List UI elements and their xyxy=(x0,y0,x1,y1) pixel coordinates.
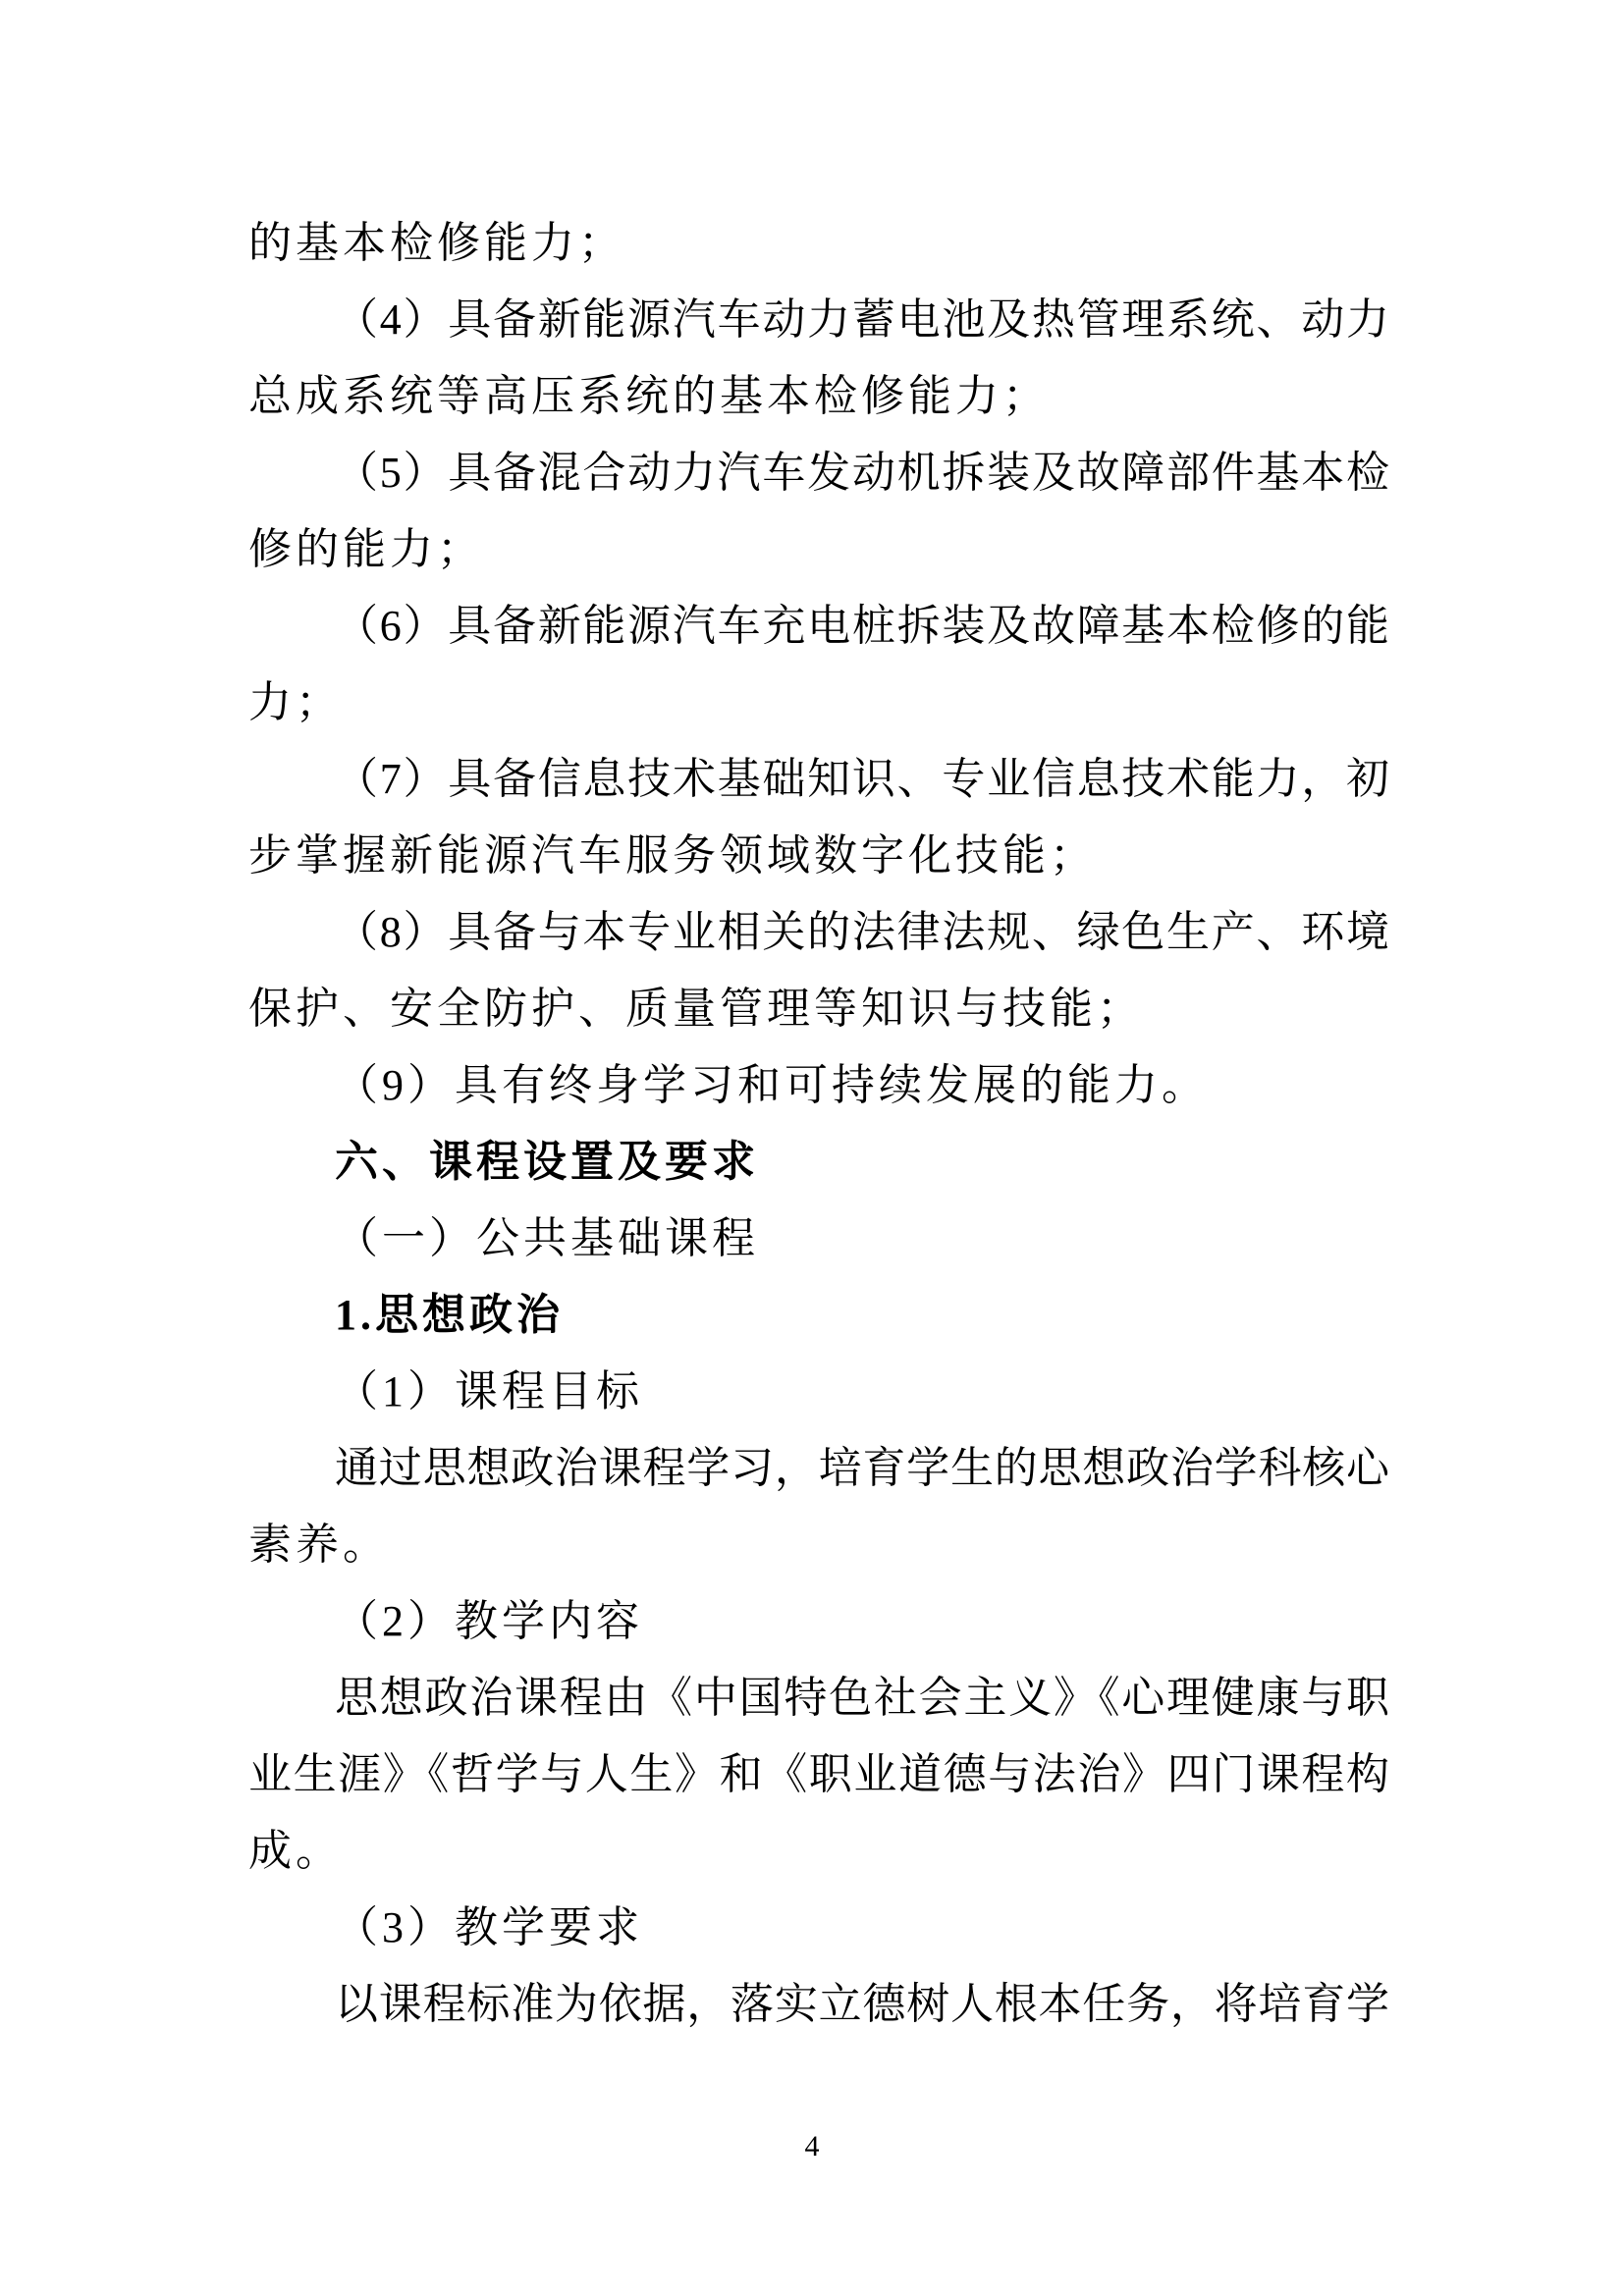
text-line: （7）具备信息技术基础知识、专业信息技术能力，初 xyxy=(248,741,1389,818)
text-line: （4）具备新能源汽车动力蓄电池及热管理系统、动力 xyxy=(248,282,1389,358)
text-line: （1）课程目标 xyxy=(248,1354,1389,1430)
page-number: 4 xyxy=(0,2117,1624,2176)
text-line: 修的能力； xyxy=(248,511,1389,588)
text-line: 思想政治课程由《中国特色社会主义》《心理健康与职 xyxy=(248,1660,1389,1736)
text-line: 通过思想政治课程学习，培育学生的思想政治学科核心 xyxy=(248,1430,1389,1507)
subsection-heading: （一）公共基础课程 xyxy=(248,1201,1389,1277)
text-line: （9）具有终身学习和可持续发展的能力。 xyxy=(248,1047,1389,1124)
text-line: （2）教学内容 xyxy=(248,1583,1389,1660)
text-line: （5）具备混合动力汽车发动机拆装及故障部件基本检 xyxy=(248,435,1389,511)
text-line: 以课程标准为依据，落实立德树人根本任务，将培育学 xyxy=(248,1966,1389,2043)
text-line: 保护、安全防护、质量管理等知识与技能； xyxy=(248,971,1389,1047)
document-body: 的基本检修能力； （4）具备新能源汽车动力蓄电池及热管理系统、动力 总成系统等高… xyxy=(248,205,1389,2043)
text-line: 素养。 xyxy=(248,1507,1389,1583)
subsection-heading: 1.思想政治 xyxy=(248,1277,1389,1354)
text-line: （3）教学要求 xyxy=(248,1890,1389,1966)
text-line: 的基本检修能力； xyxy=(248,205,1389,282)
text-line: 力； xyxy=(248,665,1389,741)
text-line: （8）具备与本专业相关的法律法规、绿色生产、环境 xyxy=(248,894,1389,971)
text-line: 步掌握新能源汽车服务领域数字化技能； xyxy=(248,818,1389,894)
text-line: 总成系统等高压系统的基本检修能力； xyxy=(248,358,1389,435)
text-line: 成。 xyxy=(248,1813,1389,1890)
document-page: 的基本检修能力； （4）具备新能源汽车动力蓄电池及热管理系统、动力 总成系统等高… xyxy=(0,0,1624,2296)
text-line: （6）具备新能源汽车充电桩拆装及故障基本检修的能 xyxy=(248,588,1389,665)
text-line: 业生涯》《哲学与人生》和《职业道德与法治》四门课程构 xyxy=(248,1736,1389,1813)
section-heading: 六、课程设置及要求 xyxy=(248,1124,1389,1201)
